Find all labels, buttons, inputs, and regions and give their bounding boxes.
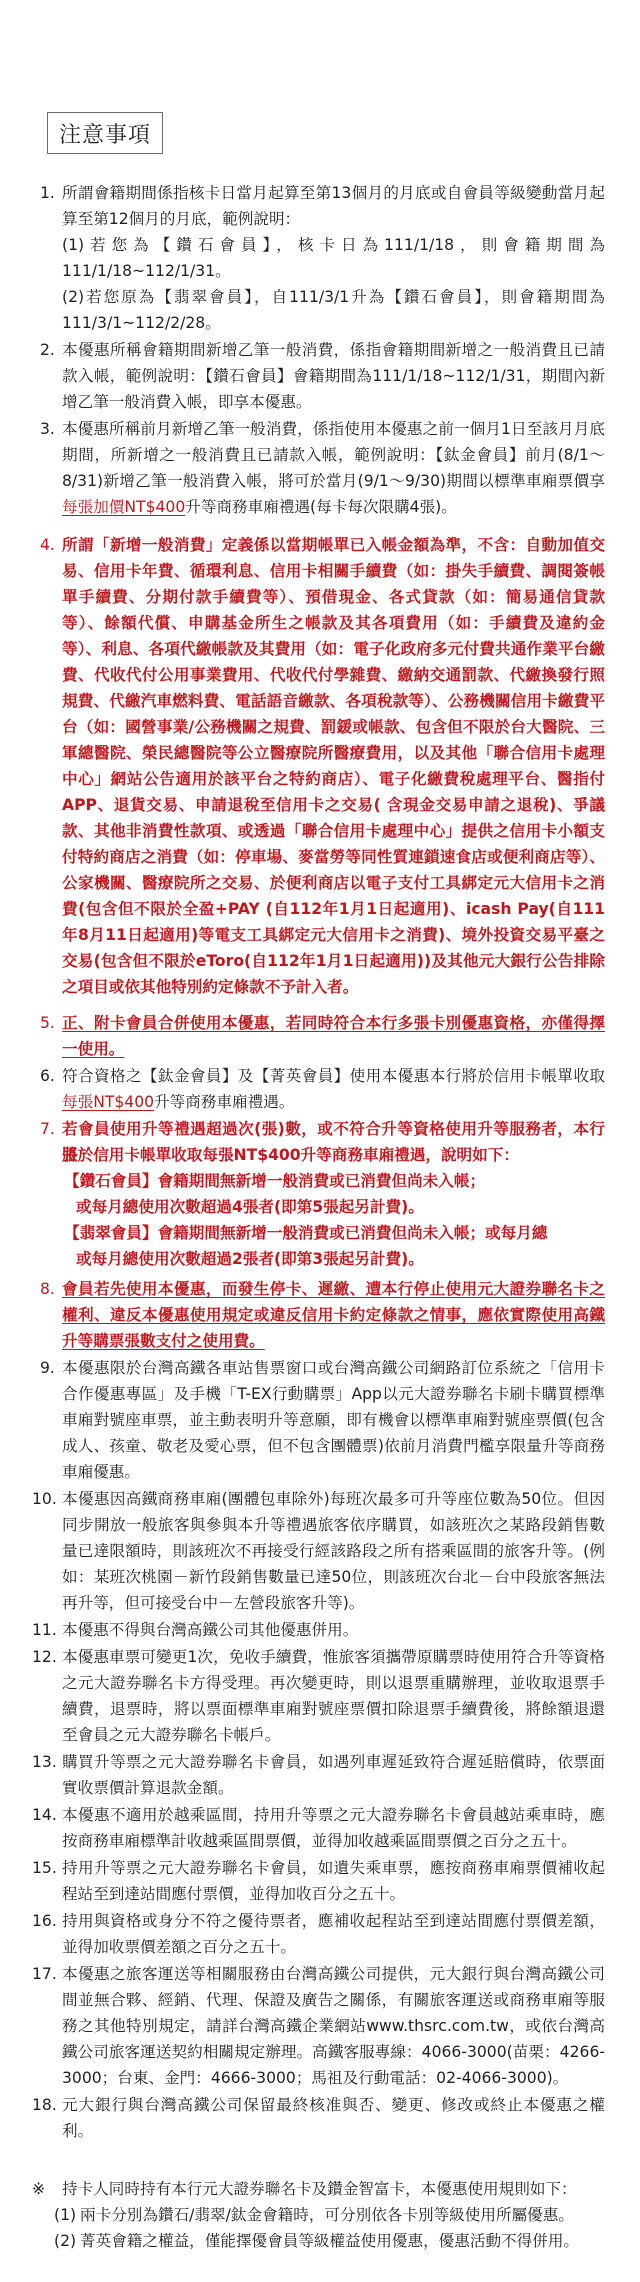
item-text: 持用與資格或身分不符之優待票者，應補收起程站至到達站間應付票價差額，並得加收票價… xyxy=(62,1908,605,1960)
price-highlight: 每張NT$400 xyxy=(62,1093,154,1111)
terms-list: 1. 所謂會籍期間係指核卡日當月起算至第13個月的月底或自會員等級變動當月起算至… xyxy=(40,180,605,2254)
item-number: 16. xyxy=(32,1908,57,1934)
reference-mark-icon: ※ xyxy=(32,2176,45,2202)
terms-item-11: 11. 本優惠不得與台灣高鐵公司其他優惠併用。 xyxy=(40,1617,605,1643)
terms-item-5: 5. 正、附卡會員合併使用本優惠，若同時符合本行多張卡別優惠資格，亦僅得擇一使用… xyxy=(40,1010,605,1062)
item-number: 8. xyxy=(40,1276,55,1302)
item-number: 2. xyxy=(40,337,55,363)
emerald-member-rule-cont: 或每月總使用次數超過2張者(即第3張起另計費)。 xyxy=(62,1246,605,1272)
item-number: 18. xyxy=(32,2092,57,2118)
item-number: 15. xyxy=(32,1855,57,1881)
terms-item-12: 12. 本優惠車票可變更1次，免收手續費，惟旅客須攜帶原購票時使用符合升等資格之… xyxy=(40,1644,605,1748)
diamond-member-rule: 【鑽石會員】會籍期間無新增一般消費或已消費但尚未入帳； xyxy=(62,1168,605,1194)
item-number: 7. xyxy=(40,1116,55,1142)
item-number: 11. xyxy=(32,1617,57,1643)
item-number: 10. xyxy=(32,1486,57,1512)
item-text: 所謂會籍期間係指核卡日當月起算至第13個月的月底或自會員等級變動當月起算至第12… xyxy=(62,180,605,232)
sub-item-text: 菁英會籍之權益，僅能擇優會員等級權益使用優惠，優惠活動不得併用。 xyxy=(80,2228,605,2254)
item-text: 正、附卡會員合併使用本優惠，若同時符合本行多張卡別優惠資格，亦僅得擇一使用。 xyxy=(62,1010,605,1062)
item-text-before: 本優惠所稱前月新增乙筆一般消費，係指使用本優惠之前一個月1日至該月月底期間，所新… xyxy=(62,420,605,490)
item-example-1: (1)若您為【鑽石會員】，核卡日為111/1/18，則會籍期間為111/1/18… xyxy=(62,232,605,284)
page-title: 注意事項 xyxy=(47,112,163,154)
item-text: 本優惠限於台灣高鐵各車站售票窗口或台灣高鐵公司網路訂位系統之「信用卡合作優惠專區… xyxy=(62,1355,605,1485)
note-text: 持卡人同時持有本行元大證券聯名卡及鑽金智富卡，本優惠使用規則如下： xyxy=(62,2176,605,2202)
terms-item-2: 2. 本優惠所稱會籍期間新增乙筆一般消費，係指會籍期間新增之一般消費且已請款入帳… xyxy=(40,337,605,415)
emerald-member-rule: 【翡翠會員】會籍期間無新增一般消費或已消費但尚未入帳；或每月總 xyxy=(62,1220,605,1246)
sub-item-number: (2) xyxy=(54,2228,76,2254)
note-sub-item-2: (2) 菁英會籍之權益，僅能擇優會員等級權益使用優惠，優惠活動不得併用。 xyxy=(54,2228,605,2254)
item-text-before: 符合資格之【鈦金會員】及【菁英會員】使用本優惠本行將於信用卡帳單收取 xyxy=(62,1067,605,1085)
item-text: 本優惠所稱會籍期間新增乙筆一般消費，係指會籍期間新增之一般消費且已請款入帳，範例… xyxy=(62,337,605,415)
item-text-after: 升等商務車廂禮遇。 xyxy=(154,1093,294,1111)
terms-item-6: 6. 符合資格之【鈦金會員】及【菁英會員】使用本優惠本行將於信用卡帳單收取每張N… xyxy=(40,1063,605,1115)
item-number: 3. xyxy=(40,416,55,442)
item-number: 13. xyxy=(32,1749,57,1775)
item-number: 1. xyxy=(40,180,55,206)
item-text: 會員若先使用本優惠，而發生停卡、遲繳、遭本行停止使用元大證券聯名卡之權利、違反本… xyxy=(62,1276,605,1354)
item-text: 本優惠所稱前月新增乙筆一般消費，係指使用本優惠之前一個月1日至該月月底期間，所新… xyxy=(62,416,605,520)
terms-item-18: 18. 元大銀行與台灣高鐵公司保留最終核准與否、變更、修改或終止本優惠之權利。 xyxy=(40,2092,605,2144)
item-text: 本優惠車票可變更1次，免收手續費，惟旅客須攜帶原購票時使用符合升等資格之元大證券… xyxy=(62,1644,605,1748)
terms-item-3: 3. 本優惠所稱前月新增乙筆一般消費，係指使用本優惠之前一個月1日至該月月底期間… xyxy=(40,416,605,520)
terms-item-4: 4. 所謂「新增一般消費」定義係以當期帳單已入帳金額為準，不含：自動加值交易、信… xyxy=(40,532,605,1000)
terms-item-15: 15. 持用升等票之元大證券聯名卡會員，如遺失乘車票，應按商務車廂票價補收起程站… xyxy=(40,1855,605,1907)
terms-item-14: 14. 本優惠不適用於越乘區間，持用升等票之元大證券聯名卡會員越站乘車時，應按商… xyxy=(40,1802,605,1854)
item-number: 5. xyxy=(40,1010,55,1036)
terms-item-17: 17. 本優惠之旅客運送等相關服務由台灣高鐵公司提供，元大銀行與台灣高鐵公司間並… xyxy=(40,1961,605,2091)
item-text: 購買升等票之元大證券聯名卡會員，如遇列車遲延致符合遲延賠償時，依票面實收票價計算… xyxy=(62,1749,605,1801)
item-text: 所謂「新增一般消費」定義係以當期帳單已入帳金額為準，不含：自動加值交易、信用卡年… xyxy=(62,532,605,1000)
item-number: 9. xyxy=(40,1355,55,1381)
note-sub-item-1: (1) 兩卡分別為鑽石/翡翠/鈦金會籍時，可分別依各卡別等級使用所屬優惠。 xyxy=(54,2202,605,2228)
item-example-2: (2)若您原為【翡翠會員】，自111/3/1升為【鑽石會員】，則會籍期間為111… xyxy=(62,284,605,336)
dual-card-note: ※ 持卡人同時持有本行元大證券聯名卡及鑽金智富卡，本優惠使用規則如下： (1) … xyxy=(40,2176,605,2254)
terms-item-16: 16. 持用與資格或身分不符之優待票者，應補收起程站至到達站間應付票價差額，並得… xyxy=(40,1908,605,1960)
terms-item-8: 8. 會員若先使用本優惠，而發生停卡、遲繳、遭本行停止使用元大證券聯名卡之權利、… xyxy=(40,1276,605,1354)
item-text: 持用升等票之元大證券聯名卡會員，如遺失乘車票，應按商務車廂票價補收起程站至到達站… xyxy=(62,1855,605,1907)
item-text: 本優惠不適用於越乘區間，持用升等票之元大證券聯名卡會員越站乘車時，應按商務車廂標… xyxy=(62,1802,605,1854)
item-number: 17. xyxy=(32,1961,57,1987)
sub-item-text: 兩卡分別為鑽石/翡翠/鈦金會籍時，可分別依各卡別等級使用所屬優惠。 xyxy=(80,2202,605,2228)
terms-item-13: 13. 購買升等票之元大證券聯名卡會員，如遇列車遲延致符合遲延賠償時，依票面實收… xyxy=(40,1749,605,1801)
item-number: 4. xyxy=(40,532,55,558)
diamond-member-rule-cont: 或每月總使用次數超過4張者(即第5張起另計費)。 xyxy=(62,1194,605,1220)
terms-item-10: 10. 本優惠因高鐵商務車廂(團體包車除外)每班次最多可升等座位數為50位。但因… xyxy=(40,1486,605,1616)
terms-item-1: 1. 所謂會籍期間係指核卡日當月起算至第13個月的月底或自會員等級變動當月起算至… xyxy=(40,180,605,336)
terms-item-9: 9. 本優惠限於台灣高鐵各車站售票窗口或台灣高鐵公司網路訂位系統之「信用卡合作優… xyxy=(40,1355,605,1485)
sub-item-number: (1) xyxy=(54,2202,76,2228)
item-text: 本優惠因高鐵商務車廂(團體包車除外)每班次最多可升等座位數為50位。但因同步開放… xyxy=(62,1486,605,1616)
terms-item-7: 7. 若會員使用升等禮遇超過次(張)數，或不符合升等資格使用升等服務者，本行將於… xyxy=(40,1116,605,1272)
item-number: 6. xyxy=(40,1063,55,1089)
item-number: 12. xyxy=(32,1644,57,1670)
item-number: 14. xyxy=(32,1802,57,1828)
item-text-after: 升等商務車廂禮遇(每卡每次限購4張)。 xyxy=(185,498,457,516)
item-text: 符合資格之【鈦金會員】及【菁英會員】使用本優惠本行將於信用卡帳單收取每張NT$4… xyxy=(62,1063,605,1115)
item-text: 本優惠不得與台灣高鐵公司其他優惠併用。 xyxy=(62,1617,605,1643)
item-text: 元大銀行與台灣高鐵公司保留最終核准與否、變更、修改或終止本優惠之權利。 xyxy=(62,2092,605,2144)
price-highlight: 每張加價NT$400 xyxy=(62,498,185,516)
item-text: 本優惠之旅客運送等相關服務由台灣高鐵公司提供，元大銀行與台灣高鐵公司間並無合夥、… xyxy=(62,1961,605,2091)
